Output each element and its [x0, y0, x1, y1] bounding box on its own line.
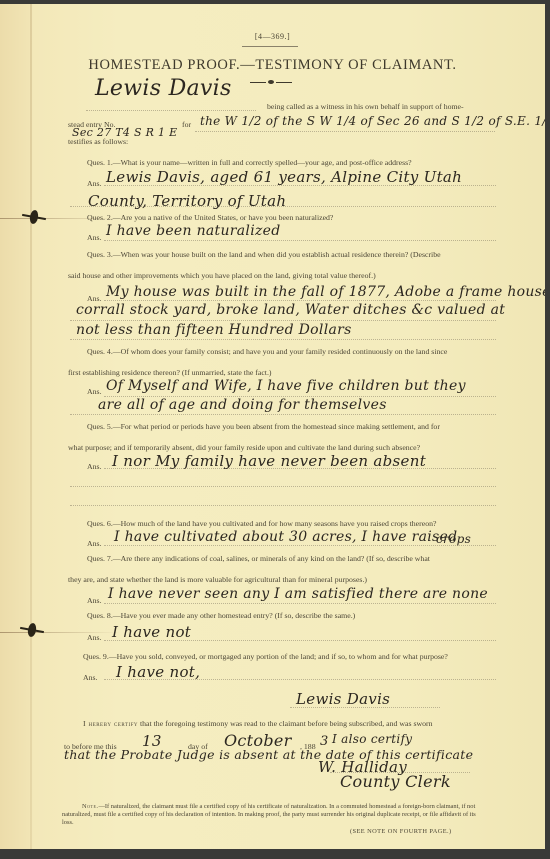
ans-label: Ans.	[87, 462, 102, 471]
answer-1-line-2: County, Territory of Utah	[88, 192, 286, 210]
answer-8: I have not	[112, 623, 191, 641]
answer-3-line-1: My house was built in the fall of 1877, …	[106, 284, 545, 300]
answer-3-line-2: corrall stock yard, broke land, Water di…	[76, 302, 505, 318]
answer-2: I have been naturalized	[106, 223, 281, 239]
intro-text: being called as a witness in his own beh…	[267, 102, 464, 111]
question-1: Ques. 1.—What is your name—written in fu…	[87, 158, 412, 167]
claimant-name: Lewis Davis	[95, 76, 232, 101]
answer-6-crops: crops	[436, 532, 471, 546]
question-6: Ques. 6.—How much of the land have you c…	[87, 519, 436, 528]
paper-fold	[30, 4, 32, 849]
question-4: Ques. 4.—Of whom does your family consis…	[87, 347, 447, 356]
question-5-cont: what purpose; and if temporarily absent,…	[68, 443, 420, 452]
question-7-cont: they are, and state whether the land is …	[68, 575, 367, 584]
ans-label: Ans.	[87, 596, 102, 605]
blank-line	[104, 300, 496, 301]
blank-line	[104, 468, 496, 469]
blank-line	[104, 679, 496, 680]
blank-line	[86, 110, 256, 111]
ink-blot	[29, 209, 39, 224]
question-8: Ques. 8.—Have you ever made any other ho…	[87, 611, 355, 620]
blank-line	[70, 206, 496, 207]
ans-label: Ans.	[87, 539, 102, 548]
blank-line	[70, 414, 496, 415]
ans-label: Ans.	[83, 673, 98, 682]
answer-4-line-2: are all of age and doing for themselves	[98, 397, 387, 413]
blank-line	[70, 339, 496, 340]
homestead-proof-document: [4—369.] HOMESTEAD PROOF.—TESTIMONY OF C…	[0, 4, 545, 849]
question-9: Ques. 9.—Have you sold, conveyed, or mor…	[83, 652, 448, 661]
land-description: the W 1/2 of the S W 1/4 of Sec 26 and S…	[200, 114, 545, 128]
question-7: Ques. 7.—Are there any indications of co…	[87, 554, 430, 563]
answer-4-line-1: Of Myself and Wife, I have five children…	[106, 378, 466, 394]
paper-crease	[0, 632, 120, 633]
ans-label: Ans.	[87, 233, 102, 242]
answer-1-line-1: Lewis Davis, aged 61 years, Alpine City …	[106, 168, 462, 186]
blank-line	[70, 505, 496, 506]
blank-line	[104, 640, 496, 641]
blank-line	[104, 185, 496, 186]
ans-label: Ans.	[87, 633, 102, 642]
document-title: HOMESTEAD PROOF.—TESTIMONY OF CLAIMANT.	[0, 57, 545, 74]
blank-line	[70, 320, 496, 321]
officer-title: County Clerk	[340, 772, 451, 791]
blank-line	[104, 240, 496, 241]
see-note: (SEE NOTE ON FOURTH PAGE.)	[350, 828, 452, 835]
footer-note: Note.—If naturalized, the claimant must …	[62, 803, 476, 827]
answer-7: I have never seen any I am satisfied the…	[108, 586, 488, 602]
handwritten-addition-2: that the Probate Judge is absent at the …	[64, 747, 473, 762]
blank-line	[104, 545, 496, 546]
certification-text: I hereby certify that the foregoing test…	[83, 719, 433, 728]
testifies-text: testifies as follows:	[68, 137, 128, 146]
question-2: Ques. 2.—Are you a native of the United …	[87, 213, 333, 222]
answer-3-line-3: not less than fifteen Hundred Dollars	[76, 322, 352, 338]
claimant-signature: Lewis Davis	[296, 690, 390, 708]
form-number: [4—369.]	[0, 32, 545, 41]
ans-label: Ans.	[87, 179, 102, 188]
question-4-cont: first establishing residence thereon? (I…	[68, 368, 272, 377]
ornament-divider	[250, 81, 292, 84]
divider	[242, 46, 298, 47]
ans-label: Ans.	[87, 387, 102, 396]
blank-line	[195, 131, 495, 132]
question-3-cont: said house and other improvements which …	[68, 271, 376, 280]
for-label: for	[182, 120, 191, 129]
handwritten-addition-1: I also certify	[332, 732, 412, 746]
question-3: Ques. 3.—When was your house built on th…	[87, 250, 441, 259]
certify-lead: I hereby certify	[83, 719, 138, 728]
signature-line	[290, 707, 440, 708]
blank-line	[70, 486, 496, 487]
blank-line	[104, 603, 496, 604]
ink-blot	[27, 622, 37, 637]
certify-body: that the foregoing testimony was read to…	[140, 719, 433, 728]
answer-6: I have cultivated about 30 acres, I have…	[114, 529, 457, 545]
note-text: —If naturalized, the claimant must file …	[62, 803, 476, 826]
note-lead: Note.	[82, 803, 99, 810]
question-5: Ques. 5.—For what period or periods have…	[87, 422, 440, 431]
